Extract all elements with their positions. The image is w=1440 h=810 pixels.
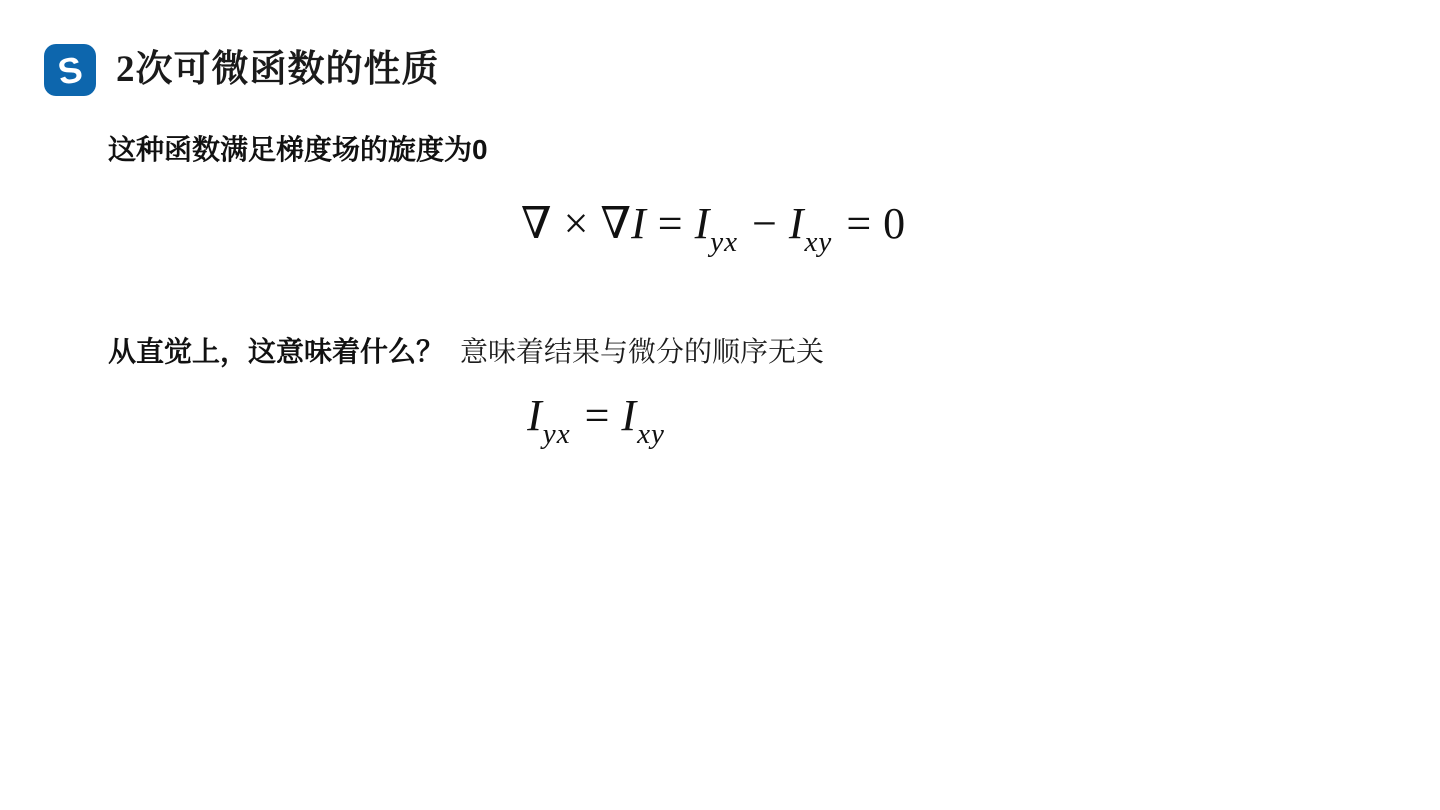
formula-symmetry: Iyx=Ixy bbox=[527, 390, 667, 451]
statement-text: 这种函数满足梯度场的旋度为0 bbox=[108, 128, 488, 168]
question-text: 从直觉上，这意味着什么？ bbox=[108, 336, 444, 367]
answer-text: 意味着结果与微分的顺序无关 bbox=[460, 336, 824, 367]
math-term-Ixy: I bbox=[789, 199, 804, 248]
math-term-Iyx: I bbox=[527, 391, 542, 440]
formula-gradient-curl: ∇×∇I=Iyx−Ixy=0 bbox=[521, 198, 905, 259]
s-logo-icon: S bbox=[44, 44, 96, 96]
math-zero: 0 bbox=[883, 199, 905, 248]
math-variable-I: I bbox=[631, 199, 646, 248]
math-equals-operator: = bbox=[585, 391, 610, 440]
math-minus-operator: − bbox=[752, 199, 777, 248]
math-times-operator: × bbox=[564, 199, 589, 248]
math-term-Iyx: I bbox=[695, 199, 710, 248]
math-subscript-yx: yx bbox=[543, 418, 571, 450]
math-subscript-yx: yx bbox=[710, 226, 738, 258]
math-term-Ixy: I bbox=[621, 391, 636, 440]
math-subscript-xy: xy bbox=[805, 226, 833, 258]
math-subscript-xy: xy bbox=[637, 418, 665, 450]
math-equals-operator: = bbox=[846, 199, 871, 248]
math-equals-operator: = bbox=[658, 199, 683, 248]
presentation-slide: S 2次可微函数的性质 这种函数满足梯度场的旋度为0 ∇×∇I=Iyx−Ixy=… bbox=[0, 0, 1440, 810]
app-logo-icon: S bbox=[44, 44, 96, 96]
slide-title: 2次可微函数的性质 bbox=[116, 44, 440, 96]
question-line: 从直觉上，这意味着什么？意味着结果与微分的顺序无关 bbox=[108, 330, 824, 370]
math-nabla: ∇ bbox=[600, 199, 631, 248]
math-nabla: ∇ bbox=[521, 199, 552, 248]
